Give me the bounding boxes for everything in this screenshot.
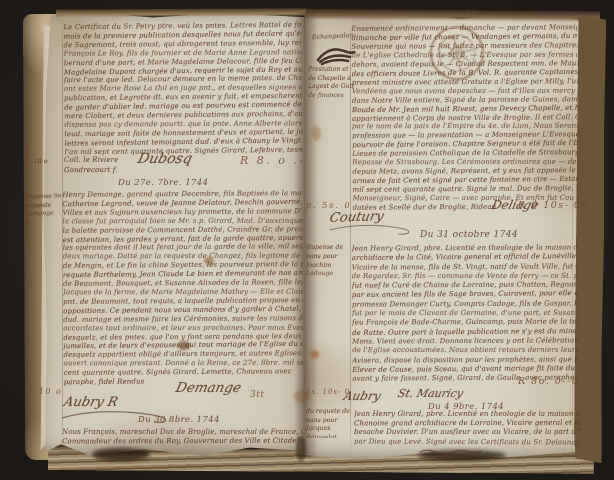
right-record-2-text: Jean Henry Girard, pbre. Licentié en the… xyxy=(352,243,579,385)
date-heading-30-8bre-1744: Du 30 8bre. 1744 xyxy=(138,415,220,425)
ink-blot xyxy=(316,44,356,66)
right-record-3-text: Jean Henry Girard, pbre. Licentié en the… xyxy=(354,410,580,448)
photo-of-open-manuscript-register: 44 Le Certificat du Sr. Petry ptre. veü … xyxy=(0,0,614,480)
rust-stain xyxy=(310,350,319,359)
fee-notation-3-livres: 3tt xyxy=(250,390,264,400)
signature-dubosq: Dubosq xyxy=(136,151,194,167)
handwriting-line: Nous François, mareschal Duc de Broglie,… xyxy=(62,428,306,437)
signature-demange: Demange xyxy=(174,380,243,396)
handwriting-line: Jacques xyxy=(306,425,356,434)
left-page-top-edge xyxy=(56,8,306,17)
handwriting-line: Vicaire de la mense, fils de St. Vingt, … xyxy=(352,262,578,272)
handwriting-line: Lagest de Gutin xyxy=(308,83,354,92)
date-heading-31-octobre-1744: Du 31 octobre 1744 xyxy=(420,230,518,240)
handwriting-line: Coll. le Riviere xyxy=(64,156,138,166)
right-record-1-text: Ensemencé ordinairement — dimanche — par… xyxy=(351,23,578,214)
handwriting-line: Commandeur des ordres du Roy, Gouverneur… xyxy=(62,437,306,447)
signature-flourish xyxy=(326,222,416,238)
signature-st-mauricy: St. Mauricy xyxy=(396,387,464,400)
end-flourish xyxy=(416,444,486,460)
handwriting-line: bans pour xyxy=(306,417,356,426)
handwriting-line: besache Duvivier. D'un ausfleur avec au … xyxy=(354,428,580,437)
right-margin-note-4: du requete debans pourJacquesRousselot xyxy=(306,408,356,438)
fore-edge-page-stack xyxy=(574,15,607,463)
right-margin-fee-1: p. 5s. 0 xyxy=(306,201,352,210)
handwriting-line: Gondrecourt f. xyxy=(64,165,138,175)
fee-notation-right-2: R 8o. 0--0 xyxy=(518,376,579,387)
handwriting-line: 1..10 o xyxy=(26,157,64,166)
fee-notation-right-1: R 0 10s- 0s xyxy=(518,200,588,211)
left-margin-note-dispense: Dispense 9erequesteDemangeB. xyxy=(23,192,64,231)
handwriting-line: dispense de xyxy=(306,244,352,253)
torn-edge-shadow xyxy=(92,448,150,461)
handwriting-line: bans pour xyxy=(306,253,352,262)
left-attestation-note: Coll. le RiviereGondrecourt f. xyxy=(64,156,138,178)
handwriting-line: Ladouge xyxy=(306,270,352,279)
left-margin-fee-top: f.1..10 o xyxy=(26,148,64,170)
right-margin-note-2: Prestation etde Chapelle àLagest de Guti… xyxy=(308,66,354,104)
fee-notation-left-top: R 8. o .- xyxy=(240,154,306,167)
right-margin-note-3: dispense debans pourJoachimLadouge xyxy=(306,244,352,284)
handwriting-line: de finances xyxy=(308,92,354,101)
handwriting-line: Prestation et xyxy=(308,66,354,75)
handwriting-line: f. xyxy=(26,148,64,157)
paper-stain xyxy=(311,126,321,141)
left-record-1-text: Le Certificat du Sr. Petry ptre. veü les… xyxy=(63,21,302,159)
handwriting-line: du requete de xyxy=(306,408,356,417)
signature-aubry-right: Aubry xyxy=(342,389,382,403)
left-record-2-text: Henry Demange, garand quatre Decembre, f… xyxy=(62,189,303,389)
handwriting-line: de Chapelle à xyxy=(308,75,354,84)
handwriting-line: B. xyxy=(24,218,64,228)
left-margin-fee-bottom: 1-10 o xyxy=(28,387,62,396)
folio-number: 44 xyxy=(466,9,477,16)
date-heading-27-7bre-1744: Du 27e. 7bre. 1744 xyxy=(118,178,208,188)
left-record-3-text: Nous François, mareschal Duc de Broglie,… xyxy=(62,428,306,447)
handwriting-line: Rousselot xyxy=(306,434,356,438)
